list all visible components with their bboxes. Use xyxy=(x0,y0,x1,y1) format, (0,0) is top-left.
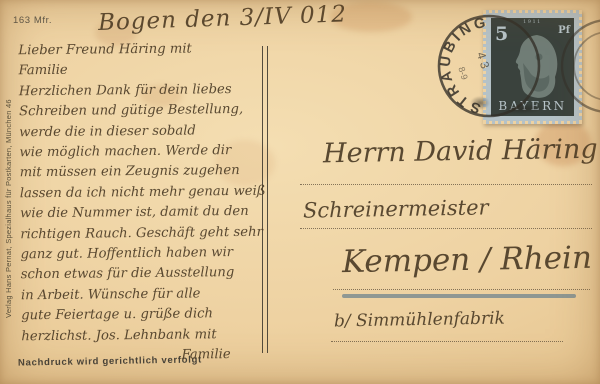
series-number: 163 Mfr. xyxy=(13,15,52,26)
address-recipient: Herrn David Häring xyxy=(323,134,598,170)
message-line: Schreiben und gütige Bestellung, xyxy=(19,100,265,123)
address-detail: b/ Simmühlenfabrik xyxy=(334,309,505,332)
message-line: schon etwas für die Ausstellung xyxy=(21,263,267,286)
svg-text:STRAUBING: STRAUBING xyxy=(438,15,490,117)
address-dotted-line xyxy=(333,289,590,290)
message-line: wie möglich machen. Werde dir xyxy=(19,141,265,164)
message-line: Lieber Freund Häring mit xyxy=(18,39,264,62)
message-line: wie die Nummer ist, damit du den xyxy=(20,202,266,225)
town-underline xyxy=(342,294,576,298)
message-line: Familie xyxy=(19,59,265,82)
address-dotted-line xyxy=(300,184,592,185)
message-line: ganz gut. Hoffentlich haben wir xyxy=(20,243,266,266)
handwritten-message: Lieber Freund Häring mit Familie Herzlic… xyxy=(18,39,267,368)
message-line: herzlichst. Jos. Lehnbank mit xyxy=(21,324,267,347)
address-occupation: Schreinermeister xyxy=(303,195,489,222)
message-line: Familie xyxy=(181,345,267,366)
luitpold-portrait-icon xyxy=(503,33,567,99)
postcard-back: 163 Mfr. Verlag Hans Pernat, Spezialhaus… xyxy=(0,0,600,384)
message-line: lassen da ich nicht mehr genau weiß xyxy=(20,182,266,205)
address-dotted-line xyxy=(300,228,592,229)
postmark-time-digits: 8-9 xyxy=(456,66,470,81)
message-line: gute Feiertage u. grüße dich xyxy=(21,304,267,327)
postmark-town-text: STRAUBING xyxy=(438,15,490,117)
handwritten-dateline: Bogen den 3/IV 012 xyxy=(98,2,329,36)
message-line: in Arbeit. Wünsche für alle xyxy=(21,284,267,307)
stamp-panel: 1911 5 Pf BAYERN xyxy=(491,18,574,116)
message-line: Herzlichen Dank für dein liebes xyxy=(19,80,265,103)
address-town: Kempen / Rhein xyxy=(342,240,593,280)
message-line: werde die in dieser sobald xyxy=(19,120,265,143)
address-dotted-line xyxy=(331,341,563,342)
message-line: mit müssen ein Zeugnis zugehen xyxy=(20,161,266,184)
stamp-country-label: BAYERN xyxy=(491,99,574,113)
message-line: richtigen Rauch. Geschäft geht sehr xyxy=(20,222,266,245)
publisher-imprint: Verlag Hans Pernat, Spezialhaus für Post… xyxy=(4,99,13,318)
postage-stamp: 1911 5 Pf BAYERN xyxy=(483,10,582,124)
